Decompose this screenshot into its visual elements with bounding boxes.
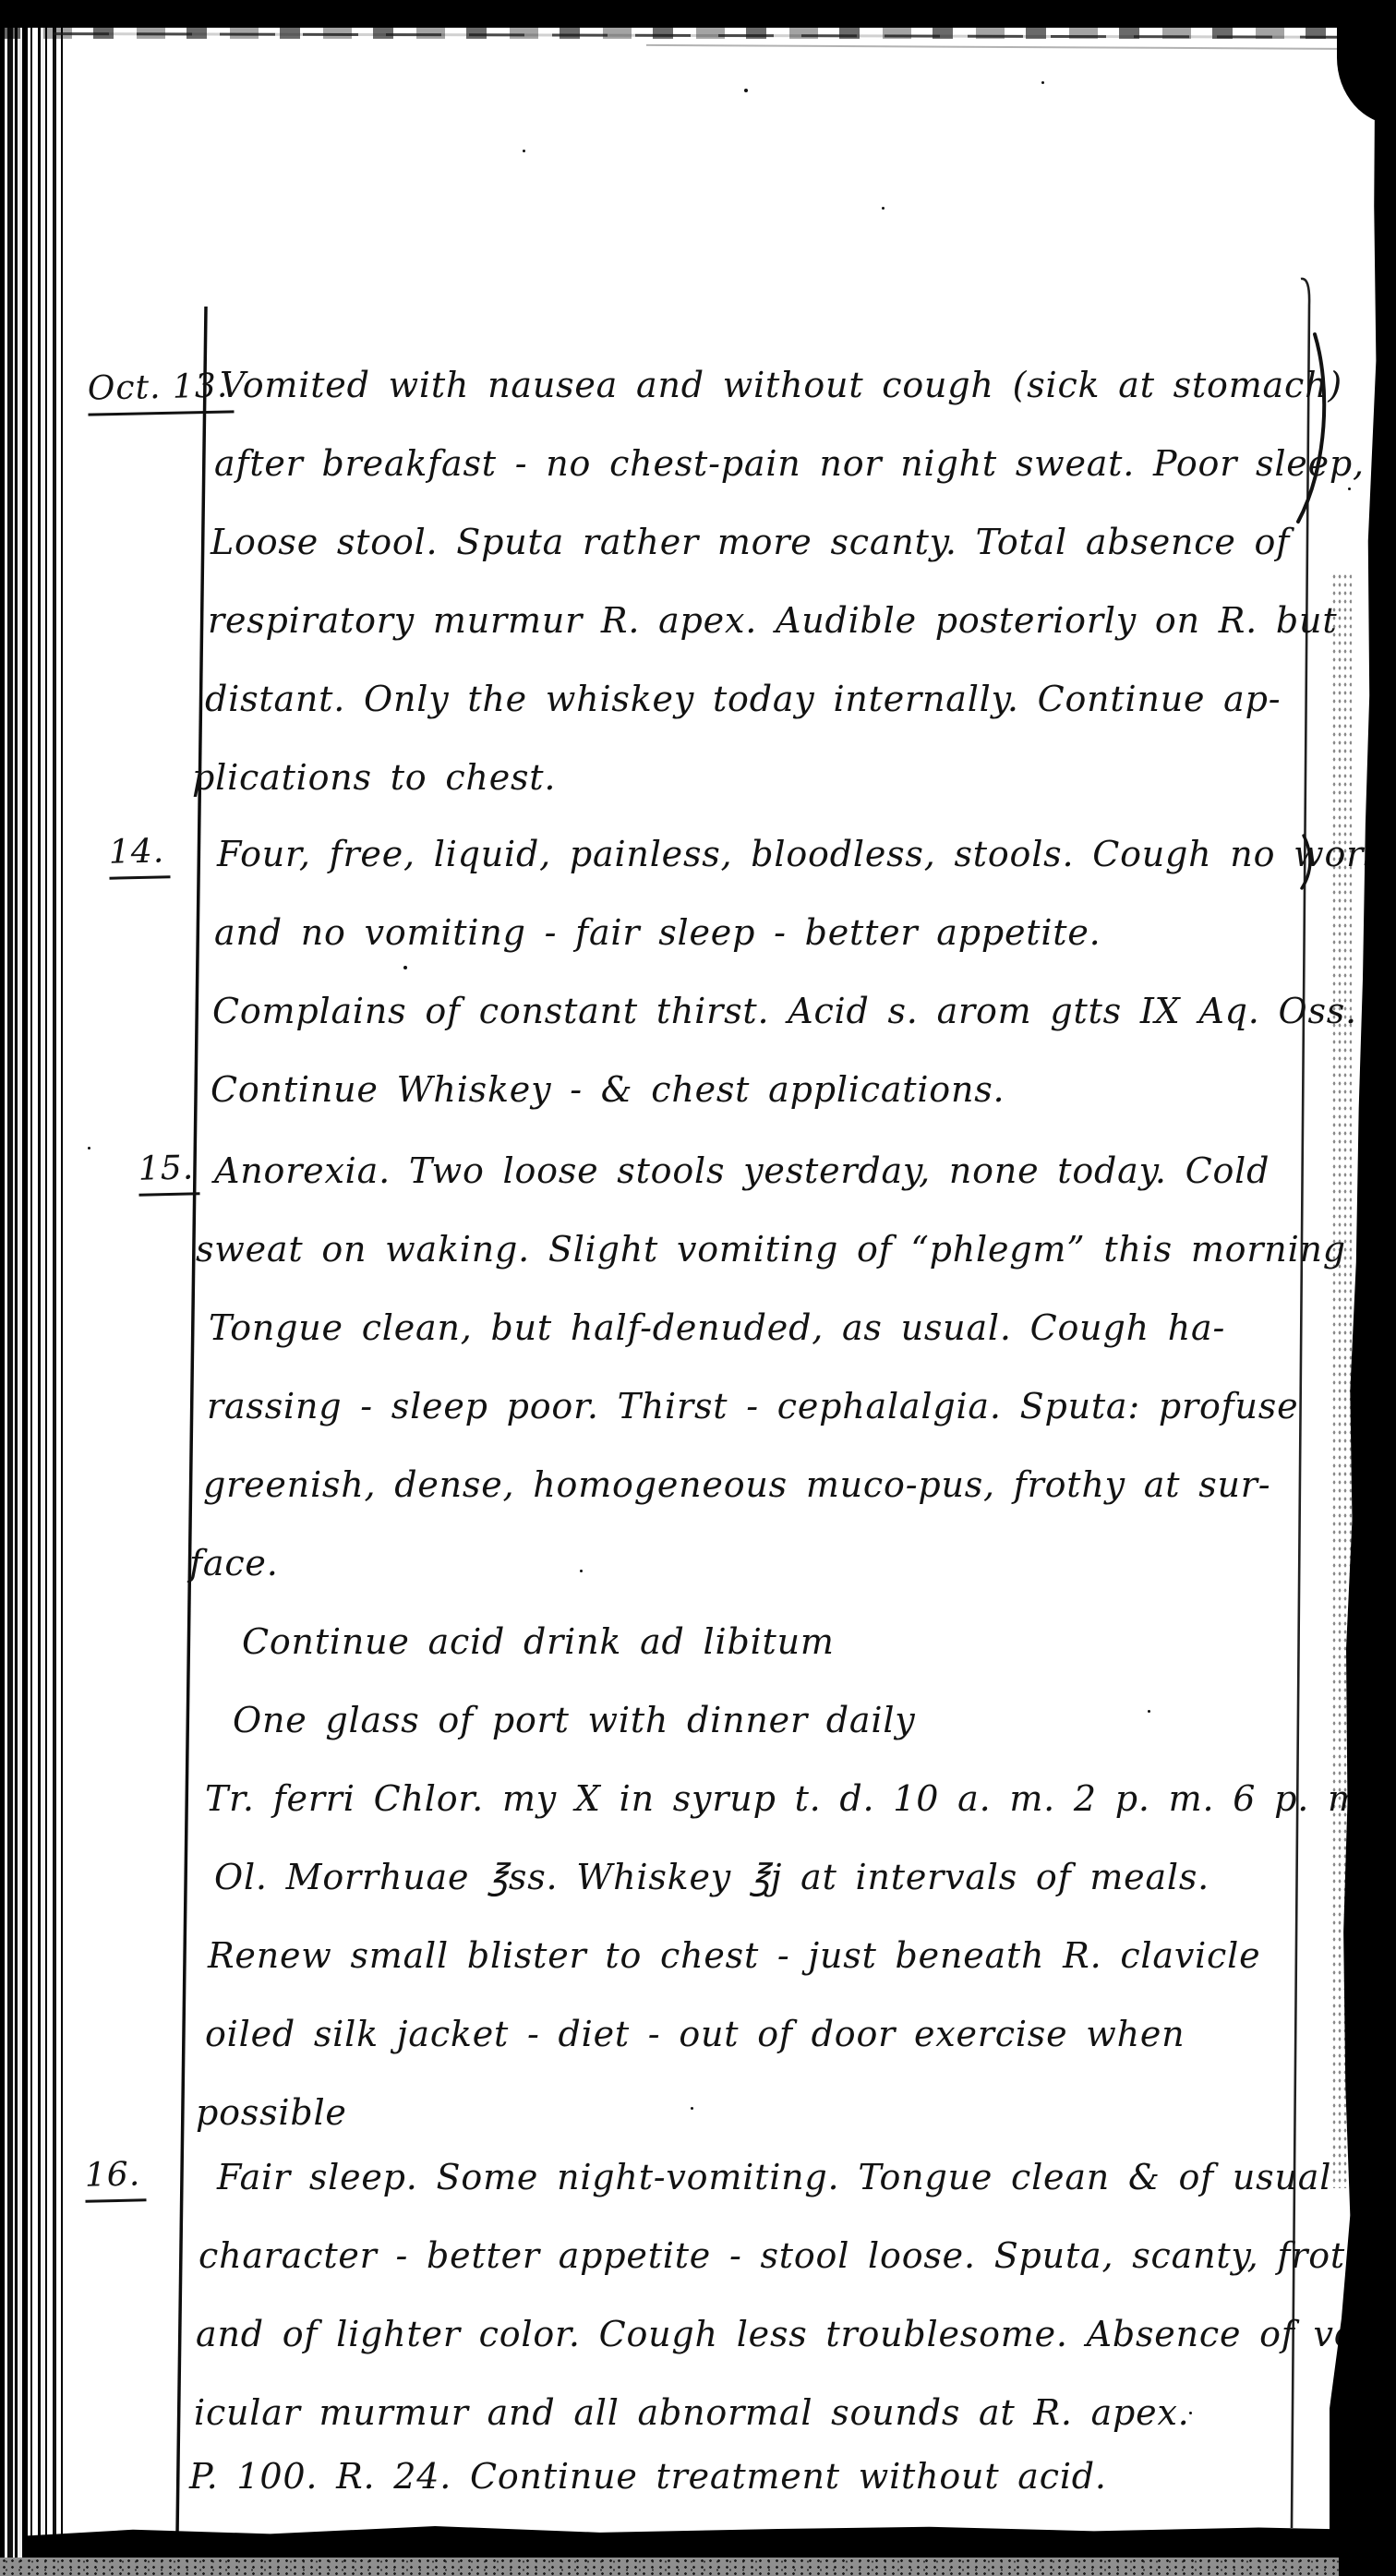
ink-speck — [1148, 1710, 1150, 1713]
manuscript-line: greenish, dense, homogeneous muco-pus, f… — [203, 1463, 1270, 1508]
manuscript-line: Loose stool. Sputa rather more scanty. T… — [211, 520, 1290, 565]
manuscript-line: P. 100. R. 24. Continue treatment withou… — [189, 2454, 1107, 2499]
manuscript-line: One glass of port with dinner daily — [233, 1698, 916, 1743]
manuscript-line: Continue Whiskey - & chest applications. — [211, 1067, 1005, 1113]
scan-bottom-speckle — [0, 2558, 1339, 2576]
book-binding-stripes — [0, 0, 65, 2576]
manuscript-line: Fair sleep. Some night-vomiting. Tongue … — [217, 2155, 1331, 2200]
manuscript-line: Continue acid drink ad libitum — [242, 1619, 835, 1665]
manuscript-line: sweat on waking. Slight vomiting of “phl… — [196, 1227, 1346, 1272]
manuscript-line: Four, free, liquid, painless, bloodless,… — [217, 832, 1396, 877]
entry-date-label: 14. — [108, 831, 170, 880]
ink-speck — [744, 89, 748, 92]
manuscript-line: face. — [189, 1541, 279, 1586]
date-column-rule — [177, 307, 206, 2534]
manuscript-line: and no vomiting - fair sleep - better ap… — [214, 910, 1101, 956]
manuscript-line: Anorexia. Two loose stools yesterday, no… — [214, 1149, 1270, 1194]
manuscript-line: Complains of constant thirst. Acid s. ar… — [212, 989, 1357, 1034]
manuscript-line: Tr. ferri Chlor. my X in syrup t. d. 10 … — [205, 1776, 1374, 1822]
ink-speck — [523, 150, 525, 152]
entry-date-label: Oct. 13. — [87, 366, 234, 415]
manuscript-line: rassing - sleep poor. Thirst - cephalalg… — [207, 1384, 1298, 1429]
ink-speck — [580, 1570, 583, 1572]
ink-speck — [882, 207, 885, 210]
manuscript-line: possible — [196, 2090, 347, 2136]
manuscript-line: icular murmur and all abnormal sounds at… — [194, 2390, 1190, 2436]
ink-speck — [691, 2107, 693, 2110]
scanned-manuscript-page: Oct. 13. 14. 15. 16. Vomited with nausea… — [0, 0, 1396, 2576]
entry-date-label: 15. — [138, 1148, 199, 1197]
ink-speck — [1348, 488, 1351, 490]
manuscript-line: Vomited with nausea and without cough (s… — [220, 363, 1342, 408]
entry-date-label: 16. — [84, 2154, 146, 2203]
manuscript-line: Ol. Morrhuae ℥ss. Whiskey ℥j at interval… — [214, 1855, 1209, 1900]
scan-right-speckle — [1331, 572, 1352, 2188]
scan-top-band — [0, 0, 1396, 28]
manuscript-line: plications to chest. — [192, 755, 556, 800]
ink-speck — [1189, 2412, 1192, 2414]
manuscript-line: oiled silk jacket - diet - out of door e… — [205, 2012, 1185, 2057]
manuscript-line: after breakfast - no chest-pain nor nigh… — [214, 441, 1365, 487]
manuscript-line: Tongue clean, but half-denuded, as usual… — [209, 1306, 1225, 1351]
ink-speck — [88, 1147, 90, 1150]
manuscript-line: and of lighter color. Cough less trouble… — [196, 2312, 1387, 2357]
manuscript-line: character - better appetite - stool loos… — [199, 2233, 1390, 2279]
ink-speck — [1041, 81, 1044, 84]
manuscript-line: distant. Only the whiskey today internal… — [205, 677, 1281, 722]
manuscript-line: Renew small blister to chest - just bene… — [208, 1933, 1260, 1979]
ink-speck — [403, 966, 407, 969]
manuscript-line: respiratory murmur R. apex. Audible post… — [208, 598, 1337, 644]
